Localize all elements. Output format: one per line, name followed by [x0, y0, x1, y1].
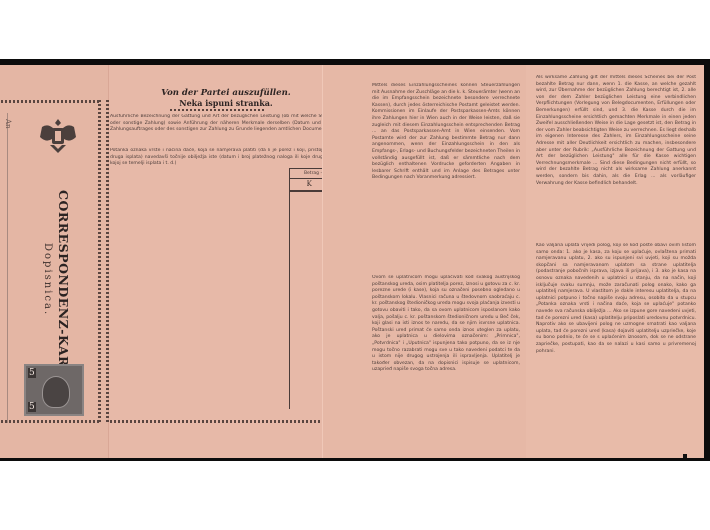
- instructions-croatian: Ovom se uplatnicom mogu uplaćivati kod s…: [372, 275, 520, 390]
- scan-corner-mark: [683, 454, 687, 458]
- form-heading-german: Von der Partei auszufüllen.: [136, 88, 316, 98]
- form-heading-croatian: Neka ispuni stranka.: [136, 98, 316, 108]
- payment-description-field[interactable]: [112, 171, 288, 415]
- border-top: [1, 100, 100, 103]
- address-panel: An CORRESPONDENZ-KARTE. Dopisnica. 5 5: [0, 65, 108, 458]
- address-line: [7, 113, 8, 423]
- card-subtitle: Dopisnica.: [42, 243, 53, 316]
- stamp-value-top: 5: [28, 368, 36, 378]
- form-border-bottom: [110, 420, 358, 423]
- form-instruction-german: Ausführliche Bezeichnung der Gattung und…: [110, 114, 354, 148]
- emperor-portrait-icon: [42, 376, 70, 408]
- heading-rule: [170, 109, 265, 111]
- conditions-german: Als wirksame Zahlung gilt der mittels di…: [536, 75, 696, 237]
- postal-card-sheet: An CORRESPONDENZ-KARTE. Dopisnica. 5 5 V…: [0, 65, 704, 458]
- form-instruction-croatian: Potanka oznaka vrste i načina daće, koja…: [110, 148, 354, 168]
- conditions-croatian: Kao valjana uplata vrijedi polog, koji s…: [536, 243, 696, 395]
- address-prefix: An: [4, 119, 12, 129]
- border-right: [98, 100, 101, 423]
- form-border-left: [106, 100, 109, 423]
- postage-stamp: 5 5: [24, 364, 84, 416]
- border-bottom: [1, 420, 100, 423]
- stamp-value-bottom: 5: [28, 402, 36, 412]
- amount-col-line-left: [289, 189, 290, 409]
- card-title: CORRESPONDENZ-KARTE.: [56, 190, 71, 391]
- instructions-german: Mittels dieses Einzahlungsscheines könne…: [372, 83, 520, 203]
- double-eagle-crest-icon: [36, 115, 80, 159]
